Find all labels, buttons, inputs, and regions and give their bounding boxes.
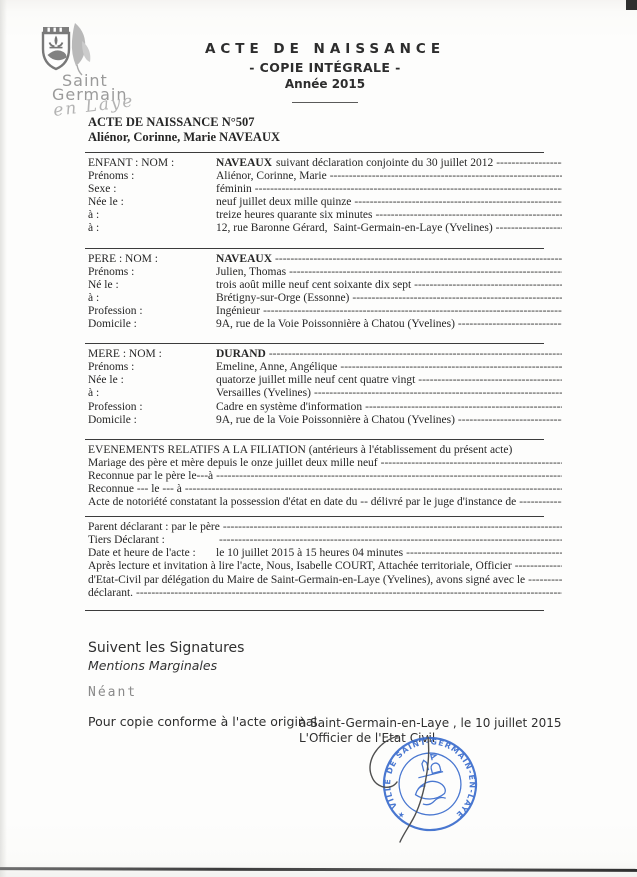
acte-row: à :Versailles (Yvelines)----------------… xyxy=(85,387,562,400)
section-enfant: ENFANT : NOM :NAVEAUXsuivant déclaration… xyxy=(85,157,562,236)
dash-filler: ----------------------------------------… xyxy=(255,183,562,196)
field-label: ENFANT : NOM : xyxy=(88,157,216,170)
field-value: Brétigny-sur-Orge (Essonne) xyxy=(216,292,349,305)
page-year: Année 2015 xyxy=(190,77,460,91)
field-value: Julien, Thomas xyxy=(216,266,286,279)
dash-filler: ----------------------------------------… xyxy=(496,157,562,170)
act-holder-name: Aliénor, Corinne, Marie NAVEAUX xyxy=(88,130,280,145)
field-value: 9A, rue de la Voie Poissonnière à Chatou… xyxy=(216,318,455,331)
dash-filler: ----------------------------------------… xyxy=(223,521,562,534)
dash-filler: ----------------------------------------… xyxy=(185,483,562,496)
dash-filler: ----------------------------------------… xyxy=(269,348,562,361)
field-label: Prénoms : xyxy=(88,266,216,279)
dash-filler: ----------------------------------------… xyxy=(458,414,562,427)
acte-row: PERE : NOM :NAVEAUX---------------------… xyxy=(85,253,562,266)
field-value: neuf juillet deux mille quinze xyxy=(216,196,351,209)
field-value: 9A, rue de la Voie Poissonnière à Chatou… xyxy=(216,414,455,427)
field-label: à : xyxy=(88,292,216,305)
dash-filler: ----------------------------------------… xyxy=(314,387,562,400)
field-label: Né le : xyxy=(88,279,216,292)
dash-filler: ----------------------------------------… xyxy=(352,292,562,305)
field-value: déclarant. xyxy=(88,587,133,600)
officer-signature xyxy=(355,725,475,860)
title-underline xyxy=(292,102,358,103)
section-divider xyxy=(85,610,544,611)
marginal-mentions-heading: Mentions Marginales xyxy=(88,658,321,673)
dash-filler: ----------------------------------------… xyxy=(406,547,562,560)
acte-row: ENFANT : NOM :NAVEAUXsuivant déclaration… xyxy=(85,157,562,170)
birth-certificate-page: Saint Germain en Laye ACTE DE NAISSANCE … xyxy=(0,0,637,877)
field-label: MERE : NOM : xyxy=(88,348,216,361)
field-value: suivant déclaration conjointe du 30 juil… xyxy=(276,157,493,170)
dash-filler: ----------------------------------------… xyxy=(496,222,562,235)
acte-row: à :treize heures quarante six minutes---… xyxy=(85,209,562,222)
acte-row: MERE : NOM :DURAND----------------------… xyxy=(85,348,562,361)
field-value-bold: DURAND xyxy=(216,348,266,361)
dash-filler: ----------------------------------------… xyxy=(219,534,562,547)
field-label: PERE : NOM : xyxy=(88,253,216,266)
field-value: 12, rue Baronne Gérard, Saint-Germain-en… xyxy=(216,222,493,235)
field-value: quatorze juillet mille neuf cent quatre … xyxy=(216,374,415,387)
field-value: EVENEMENTS RELATIFS A LA FILIATION (anté… xyxy=(88,444,512,457)
field-label: Tiers Déclarant : xyxy=(88,534,216,547)
acte-row: Prénoms :Aliénor, Corinne, Marie--------… xyxy=(85,170,562,183)
acte-row: Née le :neuf juillet deux mille quinze--… xyxy=(85,196,562,209)
field-value: d'Etat-Civil par délégation du Maire de … xyxy=(88,574,525,587)
field-value: Parent déclarant : par le père xyxy=(88,521,220,534)
section-divider xyxy=(85,516,544,517)
field-label: Née le : xyxy=(88,374,216,387)
field-label: Sexe : xyxy=(88,183,216,196)
acte-row: déclarant.------------------------------… xyxy=(85,587,562,600)
field-value: le 10 juillet 2015 à 15 heures 04 minute… xyxy=(216,547,403,560)
acte-row: EVENEMENTS RELATIFS A LA FILIATION (anté… xyxy=(85,444,562,457)
field-label: Profession : xyxy=(88,401,216,414)
acte-row: Domicile :9A, rue de la Voie Poissonnièr… xyxy=(85,318,562,331)
certified-copy-note: Pour copie conforme à l'acte original. xyxy=(88,714,321,729)
field-value-bold: NAVEAUX xyxy=(216,157,272,170)
page-subtitle: - COPIE INTÉGRALE - xyxy=(190,60,460,75)
acte-row: Sexe :féminin---------------------------… xyxy=(85,183,562,196)
field-value: Reconnue par le père le---à xyxy=(88,470,213,483)
acte-row: à :12, rue Baronne Gérard, Saint-Germain… xyxy=(85,222,562,235)
dash-filler: ----------------------------------------… xyxy=(519,496,562,509)
acte-row: Profession :Cadre en système d'informati… xyxy=(85,401,562,414)
field-value: trois août mille neuf cent soixante dix … xyxy=(216,279,411,292)
sections: ENFANT : NOM :NAVEAUXsuivant déclaration… xyxy=(85,146,562,615)
section-divider xyxy=(85,343,544,344)
field-label: Née le : xyxy=(88,196,216,209)
marginal-mentions-value: Néant xyxy=(88,685,321,700)
field-value: treize heures quarante six minutes xyxy=(216,209,372,222)
dash-filler: ----------------------------------------… xyxy=(340,361,562,374)
field-value: Ingénieur xyxy=(216,305,260,318)
act-heading: ACTE DE NAISSANCE N°507 Aliénor, Corinne… xyxy=(88,115,280,145)
field-value: Aliénor, Corinne, Marie xyxy=(216,170,327,183)
acte-row: Profession :Ingénieur-------------------… xyxy=(85,305,562,318)
section-mere: MERE : NOM :DURAND----------------------… xyxy=(85,348,562,427)
field-value: Emeline, Anne, Angélique xyxy=(216,361,337,374)
dash-filler: ----------------------------------------… xyxy=(289,266,562,279)
acte-row: Domicile :9A, rue de la Voie Poissonnièr… xyxy=(85,414,562,427)
acte-row: Reconnue par le père le---à-------------… xyxy=(85,470,562,483)
acte-row: Mariage des père et mère depuis le onze … xyxy=(85,457,562,470)
dash-filler: ----------------------------------------… xyxy=(528,574,562,587)
dash-filler: ----------------------------------------… xyxy=(275,253,562,266)
acte-row: Reconnue --- le --- à-------------------… xyxy=(85,483,562,496)
acte-row: Après lecture et invitation à lire l'act… xyxy=(85,560,562,573)
acte-row: Acte de notoriété constatant la possessi… xyxy=(85,496,562,509)
dash-filler: ----------------------------------------… xyxy=(418,374,562,387)
signatures-heading: Suivent les Signatures xyxy=(88,640,321,656)
field-value: Versailles (Yvelines) xyxy=(216,387,311,400)
section-divider xyxy=(85,248,544,249)
section-pere: PERE : NOM :NAVEAUX---------------------… xyxy=(85,253,562,332)
coat-of-arms-icon xyxy=(43,27,69,69)
field-value: Acte de notoriété constatant la possessi… xyxy=(88,496,516,509)
section-declaration: Parent déclarant : par le père----------… xyxy=(85,521,562,600)
acte-row: Né le :trois août mille neuf cent soixan… xyxy=(85,279,562,292)
dash-filler: ----------------------------------------… xyxy=(365,401,562,414)
section-filiation: EVENEMENTS RELATIFS A LA FILIATION (anté… xyxy=(85,444,562,509)
act-number: ACTE DE NAISSANCE N°507 xyxy=(88,115,280,130)
scan-edge-left xyxy=(0,0,7,877)
field-value: Reconnue --- le --- à xyxy=(88,483,182,496)
dash-filler: ----------------------------------------… xyxy=(375,209,562,222)
scan-edge-bottom xyxy=(0,867,637,872)
dash-filler: ----------------------------------------… xyxy=(136,587,562,600)
field-label: à : xyxy=(88,387,216,400)
dash-filler: ----------------------------------------… xyxy=(458,318,562,331)
acte-row: Née le :quatorze juillet mille neuf cent… xyxy=(85,374,562,387)
dash-filler: ----------------------------------------… xyxy=(216,470,562,483)
field-label: Domicile : xyxy=(88,318,216,331)
field-label: Prénoms : xyxy=(88,361,216,374)
field-label: Profession : xyxy=(88,305,216,318)
field-value: Mariage des père et mère depuis le onze … xyxy=(88,457,378,470)
field-value-bold: NAVEAUX xyxy=(216,253,272,266)
acte-row: Date et heure de l'acte :le 10 juillet 2… xyxy=(85,547,562,560)
leaf-icon xyxy=(72,23,91,75)
acte-row: Tiers Déclarant :-----------------------… xyxy=(85,534,562,547)
dash-filler: ----------------------------------------… xyxy=(263,305,562,318)
header-title-block: ACTE DE NAISSANCE - COPIE INTÉGRALE - An… xyxy=(190,41,460,103)
section-divider xyxy=(85,439,544,440)
acte-row: à :Brétigny-sur-Orge (Essonne)----------… xyxy=(85,292,562,305)
field-label: à : xyxy=(88,222,216,235)
scan-corner-mark xyxy=(626,0,637,10)
section-divider xyxy=(85,152,544,153)
field-value: Cadre en système d'information xyxy=(216,401,362,414)
dash-filler: ----------------------------------------… xyxy=(381,457,562,470)
dash-filler: ----------------------------------------… xyxy=(414,279,562,292)
dash-filler: ----------------------------------------… xyxy=(330,170,562,183)
field-value: féminin xyxy=(216,183,252,196)
acte-row: d'Etat-Civil par délégation du Maire de … xyxy=(85,574,562,587)
footer-block: Suivent les Signatures Mentions Marginal… xyxy=(88,640,321,729)
acte-row: Parent déclarant : par le père----------… xyxy=(85,521,562,534)
field-value: Après lecture et invitation à lire l'act… xyxy=(88,560,512,573)
acte-row: Prénoms :Emeline, Anne, Angélique-------… xyxy=(85,361,562,374)
field-label: Date et heure de l'acte : xyxy=(88,547,216,560)
acte-row: Prénoms :Julien, Thomas-----------------… xyxy=(85,266,562,279)
dash-filler: ----------------------------------------… xyxy=(515,560,562,573)
dash-filler: ----------------------------------------… xyxy=(354,196,562,209)
field-label: Prénoms : xyxy=(88,170,216,183)
field-label: à : xyxy=(88,209,216,222)
field-label: Domicile : xyxy=(88,414,216,427)
page-title: ACTE DE NAISSANCE xyxy=(190,41,460,57)
